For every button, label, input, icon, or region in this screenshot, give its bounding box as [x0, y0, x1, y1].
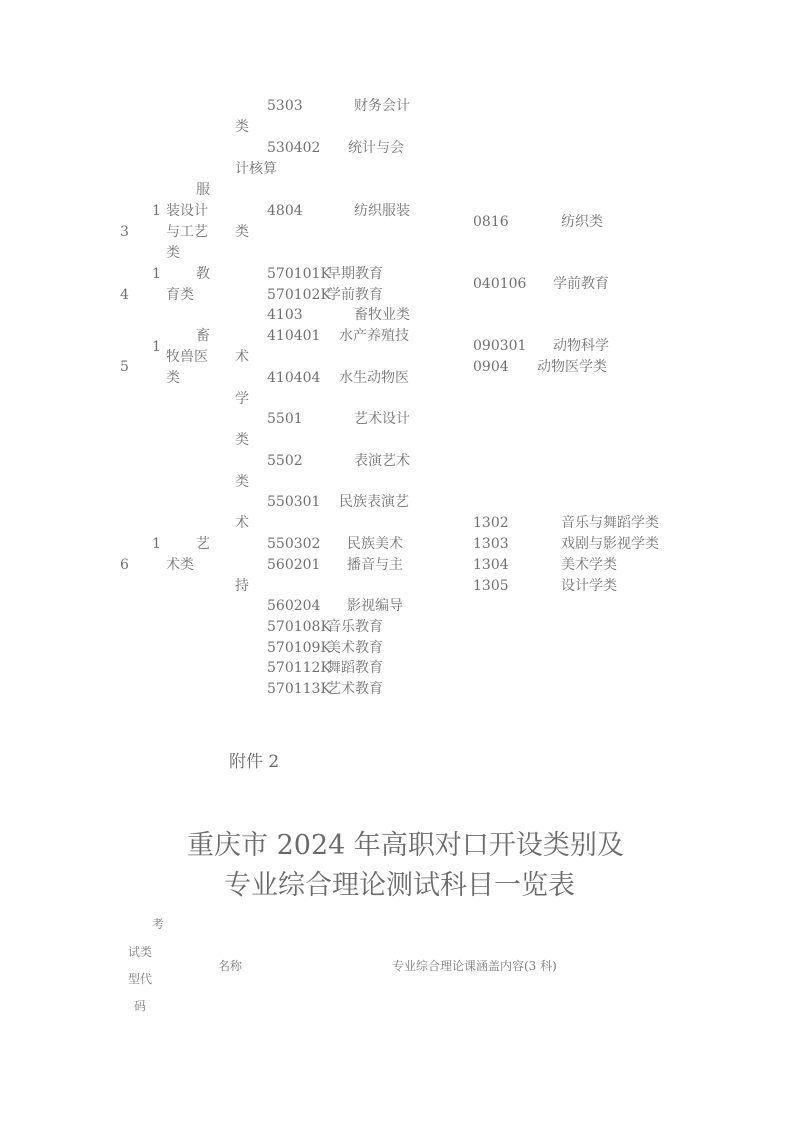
undergrad-name: 动物科学	[553, 336, 609, 356]
category-prefix: 1	[152, 534, 161, 554]
category-name: 育类	[166, 285, 194, 305]
undergrad-name: 动物医学类	[537, 357, 607, 377]
undergrad-code: 1303	[473, 534, 509, 554]
undergrad-code: 0816	[473, 212, 509, 232]
vocational-name: 纺织服装	[354, 201, 410, 221]
title-line-1: 重庆市 2024 年高职对口开设类别及	[187, 826, 624, 866]
category-name: 艺	[196, 534, 210, 554]
undergrad-code: 1302	[473, 513, 509, 533]
category-name: 术类	[166, 555, 194, 575]
vocational-name: 民族美术	[347, 534, 403, 554]
undergrad-code: 040106	[473, 274, 526, 294]
vocational-code: 570113K	[267, 679, 331, 699]
header-name: 名称	[218, 958, 242, 974]
vocational-code: 570109K	[267, 638, 331, 658]
vocational-name-cont: 类	[235, 472, 249, 492]
header-exam-code: 试类	[128, 944, 152, 960]
vocational-name: 民族表演艺	[339, 492, 409, 512]
vocational-name: 音乐教育	[327, 617, 383, 637]
category-name: 装设计	[166, 201, 208, 221]
vocational-code: 410401	[267, 326, 320, 346]
vocational-name-cont: 计核算	[235, 159, 277, 179]
category-name: 教	[196, 264, 210, 284]
header-content: 专业综合理论课涵盖内容(3 科)	[392, 958, 557, 974]
vocational-name-cont: 类	[235, 222, 249, 242]
category-name: 服	[196, 180, 210, 200]
undergrad-code: 1305	[473, 576, 509, 596]
vocational-name: 水生动物医	[339, 368, 409, 388]
vocational-code: 410404	[267, 368, 320, 388]
vocational-code: 5303	[267, 96, 303, 116]
vocational-code: 4804	[267, 201, 303, 221]
vocational-code: 5501	[267, 409, 303, 429]
header-exam-code: 型代	[128, 971, 152, 987]
vocational-name: 播音与主	[347, 555, 403, 575]
undergrad-name: 戏剧与影视学类	[561, 534, 659, 554]
vocational-code: 550301	[267, 492, 320, 512]
category-name: 类	[166, 368, 180, 388]
vocational-name-cont: 术	[235, 513, 249, 533]
vocational-name: 表演艺术	[354, 451, 410, 471]
title-line-2: 专业综合理论测试科目一览表	[224, 866, 575, 906]
vocational-code: 4103	[267, 305, 303, 325]
vocational-name: 舞蹈教育	[327, 658, 383, 678]
row-index: 4	[120, 285, 129, 305]
category-name: 牧兽医	[166, 347, 208, 367]
row-index: 6	[120, 555, 129, 575]
vocational-code: 550302	[267, 534, 320, 554]
vocational-code: 570102K	[267, 285, 331, 305]
vocational-name-cont: 术	[235, 347, 249, 367]
vocational-name: 影视编导	[347, 596, 403, 616]
vocational-code: 530402	[267, 138, 320, 158]
vocational-name: 统计与会	[348, 138, 404, 158]
vocational-code: 560201	[267, 555, 320, 575]
category-name: 类	[166, 243, 180, 263]
category-name: 畜	[196, 326, 210, 346]
vocational-name: 艺术教育	[327, 679, 383, 699]
vocational-name-cont: 持	[235, 576, 249, 596]
vocational-code: 560204	[267, 596, 320, 616]
undergrad-name: 设计学类	[561, 576, 617, 596]
vocational-name: 学前教育	[327, 285, 383, 305]
vocational-name: 艺术设计	[354, 409, 410, 429]
undergrad-name: 美术学类	[561, 555, 617, 575]
undergrad-name: 纺织类	[561, 212, 603, 232]
category-prefix: 1	[152, 201, 161, 221]
vocational-code: 570101K	[267, 264, 331, 284]
vocational-name-cont: 类	[235, 117, 249, 137]
undergrad-name: 学前教育	[553, 274, 609, 294]
vocational-name: 畜牧业类	[354, 305, 410, 325]
header-exam-code: 考	[152, 916, 164, 932]
category-prefix: 1	[152, 264, 161, 284]
vocational-name: 水产养殖技	[339, 326, 409, 346]
undergrad-name: 音乐与舞蹈学类	[561, 513, 659, 533]
undergrad-code: 0904	[473, 357, 509, 377]
vocational-code: 570108K	[267, 617, 331, 637]
row-index: 5	[120, 357, 129, 377]
vocational-code: 570112K	[267, 658, 331, 678]
vocational-name-cont: 类	[235, 430, 249, 450]
row-index: 3	[120, 222, 129, 242]
vocational-code: 5502	[267, 451, 303, 471]
vocational-name: 早期教育	[327, 264, 383, 284]
vocational-name-cont: 学	[235, 389, 249, 409]
header-exam-code: 码	[134, 998, 146, 1014]
category-prefix: 1	[152, 337, 161, 357]
category-name: 与工艺	[166, 222, 208, 242]
vocational-name: 美术教育	[327, 638, 383, 658]
attachment-label: 附件 2	[229, 750, 279, 774]
undergrad-code: 090301	[473, 336, 526, 356]
vocational-name: 财务会计	[354, 96, 410, 116]
undergrad-code: 1304	[473, 555, 509, 575]
